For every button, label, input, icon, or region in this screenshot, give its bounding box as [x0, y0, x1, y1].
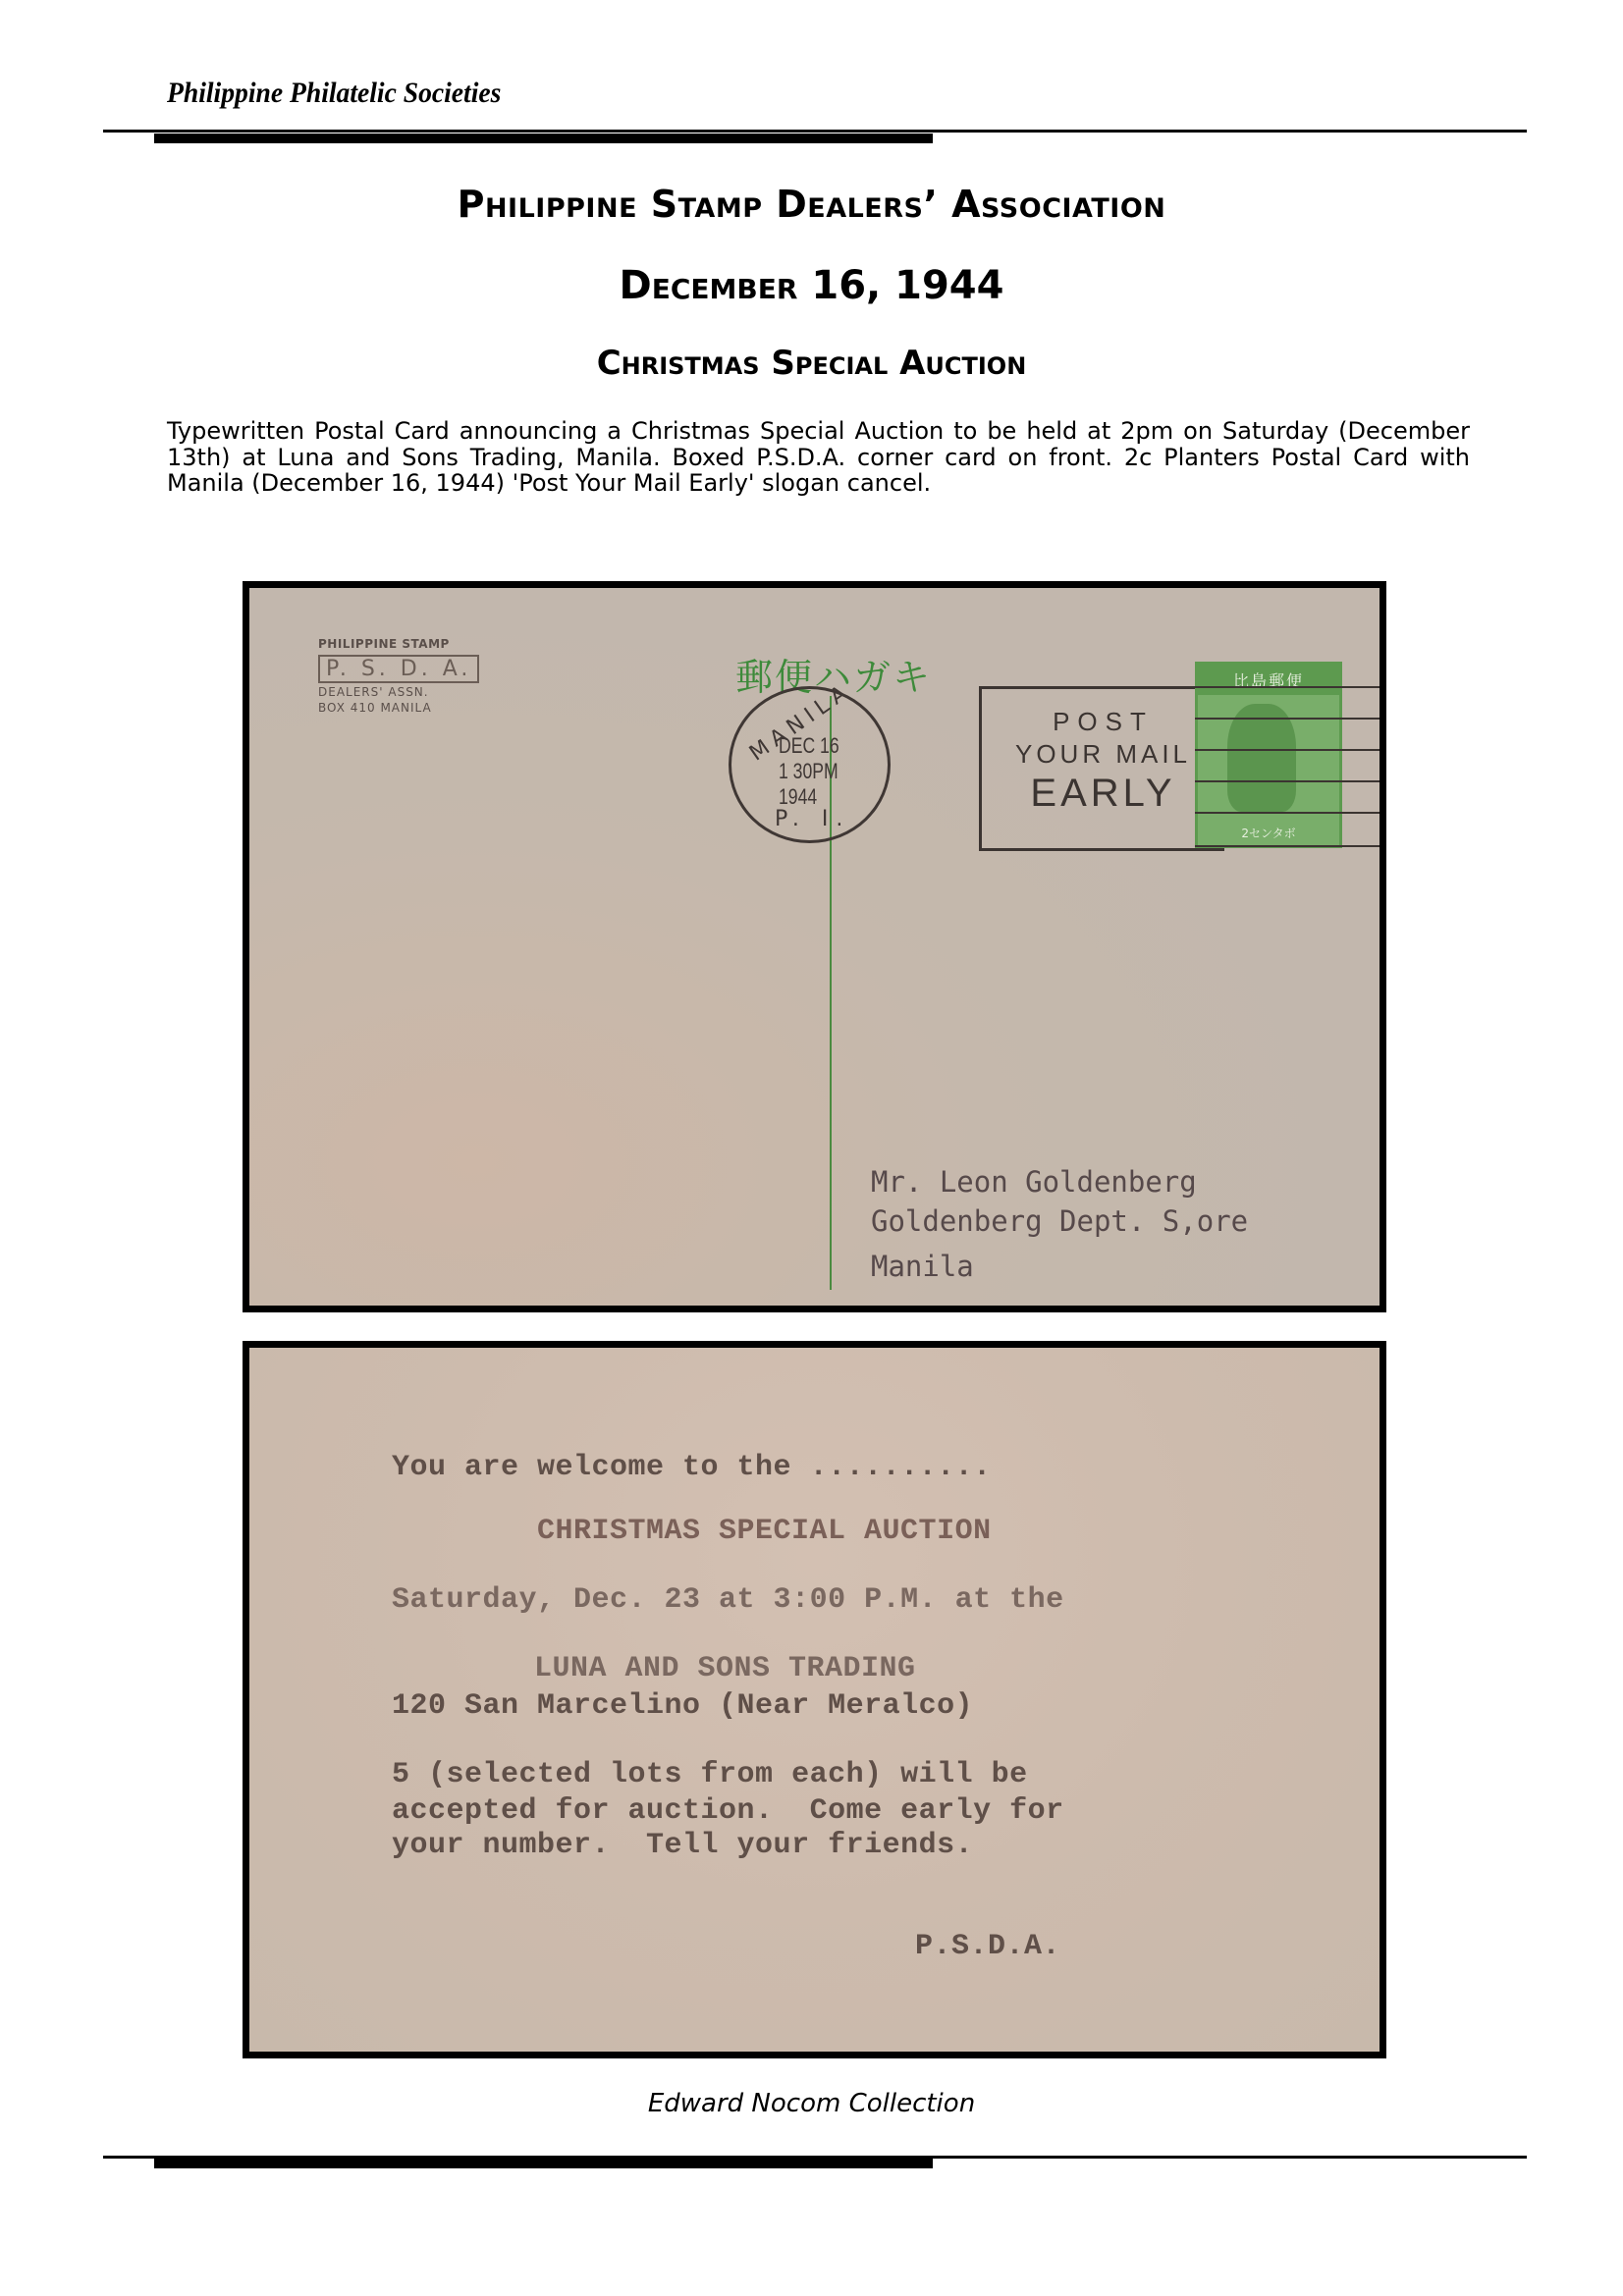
postal-card-front-image: PHILIPPINE STAMP P. S. D. A. DEALERS' AS… — [243, 581, 1386, 1312]
postmark-date: DEC 16 1 30PM 1944 — [779, 733, 839, 810]
typed-line-street: 120 San Marcelino (Near Meralco) — [392, 1689, 973, 1723]
stamp-header: 比島郵便 — [1198, 665, 1339, 695]
slogan-line1: POST — [982, 707, 1224, 737]
page-subtitle: Christmas Special Auction — [0, 344, 1623, 383]
postal-card-back-image: You are welcome to the .......... CHRIST… — [243, 1341, 1386, 2058]
planter-stamp-imprint: 比島郵便 2センタボ — [1195, 662, 1342, 848]
typed-line-lots: 5 (selected lots from each) will be — [392, 1758, 1028, 1791]
cancel-wavy-line — [1195, 718, 1386, 720]
header-rule-thin — [103, 130, 1527, 133]
stamp-value: 2センタボ — [1198, 825, 1339, 841]
address-line1: Mr. Leon Goldenberg — [871, 1162, 1248, 1201]
postmark-time: 1 30PM — [779, 759, 839, 784]
corner-card: PHILIPPINE STAMP P. S. D. A. DEALERS' AS… — [318, 637, 479, 715]
slogan-line2: YOUR MAIL — [982, 739, 1224, 770]
postmark-circle: MANILA DEC 16 1 30PM 1944 P. I. — [729, 686, 891, 843]
running-header-title: Philippine Philatelic Societies — [167, 77, 501, 110]
cancel-wavy-line — [1195, 845, 1386, 847]
slogan-cancel-box: POST YOUR MAIL EARLY — [979, 686, 1224, 851]
recipient-address: Mr. Leon Goldenberg Goldenberg Dept. S,o… — [871, 1162, 1248, 1286]
postmark-country: P. I. — [775, 807, 850, 831]
cancel-wavy-line — [1195, 749, 1386, 751]
typed-line-friends: your number. Tell your friends. — [392, 1829, 973, 1862]
page-date: December 16, 1944 — [0, 263, 1623, 308]
image-caption: Edward Nocom Collection — [0, 2089, 1623, 2118]
cancel-wavy-line — [1195, 686, 1386, 688]
header-rule-thick — [154, 133, 933, 143]
description-paragraph: Typewritten Postal Card announcing a Chr… — [167, 418, 1470, 497]
corner-card-boxed: P. S. D. A. — [318, 655, 479, 683]
typed-line-venue: LUNA AND SONS TRADING — [534, 1652, 916, 1685]
typed-line-auction: CHRISTMAS SPECIAL AUCTION — [537, 1515, 992, 1548]
postmark-date-line1: DEC 16 — [779, 733, 839, 759]
typed-line-date: Saturday, Dec. 23 at 3:00 P.M. at the — [392, 1583, 1064, 1617]
cancel-wavy-line — [1195, 812, 1386, 814]
corner-card-line3: DEALERS' ASSN. — [318, 685, 479, 699]
cancel-wavy-line — [1195, 780, 1386, 782]
footer-rule-thick — [154, 2159, 933, 2168]
typed-line-accepted: accepted for auction. Come early for — [392, 1794, 1064, 1828]
planter-figure-icon — [1227, 704, 1296, 812]
typed-signature: P.S.D.A. — [915, 1930, 1060, 1963]
page-title: Philippine Stamp Dealers’ Association — [0, 183, 1623, 226]
slogan-line3: EARLY — [982, 772, 1224, 816]
typed-line-welcome: You are welcome to the .......... — [392, 1451, 992, 1484]
corner-card-line4: BOX 410 MANILA — [318, 701, 479, 715]
address-line2: Goldenberg Dept. S,ore — [871, 1201, 1248, 1241]
corner-card-line1: PHILIPPINE STAMP — [318, 637, 479, 651]
address-line3: Manila — [871, 1247, 1248, 1286]
